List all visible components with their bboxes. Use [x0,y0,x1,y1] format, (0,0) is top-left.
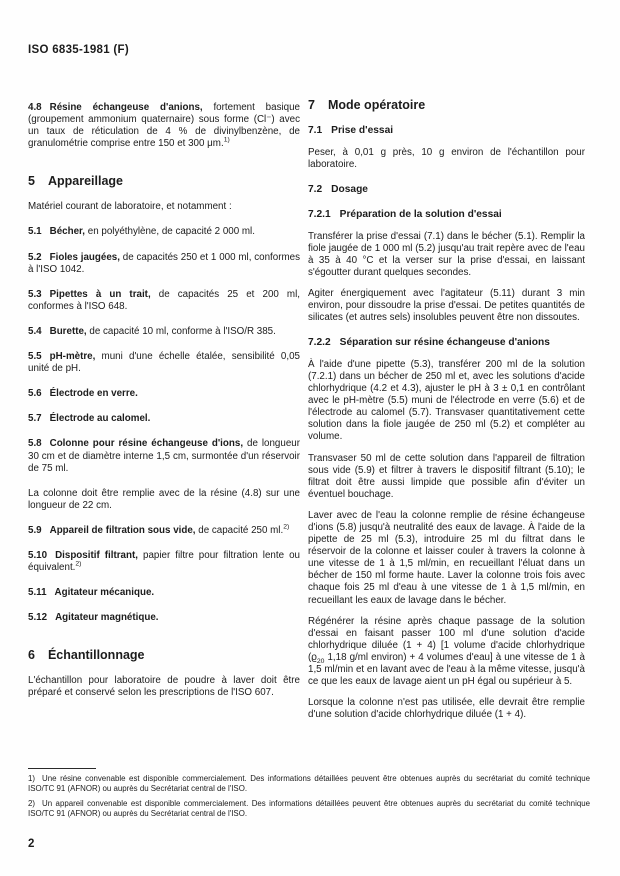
apparatus-item-5-8: 5.8Colonne pour résine échangeuse d'ions… [28,438,300,474]
appareillage-intro: Matériel courant de laboratoire, et nota… [28,201,300,213]
left-column: 4.8Résine échangeuse d'anions, fortement… [28,96,300,711]
paragraph-7-2-2-d: Régénérer la résine après chaque passage… [308,616,585,689]
item-number: 5.4 [28,326,42,337]
item-title: Électrode au calomel. [50,413,151,424]
item-title: Électrode en verre. [50,388,138,399]
right-column: 7Mode opératoire 7.1Prise d'essai Peser,… [308,92,585,730]
apparatus-item-5-12: 5.12Agitateur magnétique. [28,612,300,624]
page-number: 2 [28,838,34,850]
apparatus-item-5-5: 5.5pH-mètre, muni d'une échelle étalée, … [28,351,300,375]
footnote-text: Un appareil convenable est disponible co… [28,799,590,818]
apparatus-item-5-1: 5.1Bécher, en polyéthylène, de capacité … [28,226,300,238]
item-number: 5.8 [28,438,42,449]
heading-title: Séparation sur résine échangeuse d'anion… [340,337,550,348]
heading-title: Préparation de la solution d'essai [340,209,502,220]
footnote-ref-1: 1) [224,137,230,144]
section-number: 4.8 [28,102,42,113]
heading-number: 6 [28,648,35,662]
heading-number: 7 [308,98,315,112]
apparatus-item-5-10: 5.10Dispositif filtrant, papier filtre p… [28,550,300,574]
item-text: de capacité 250 ml. [196,525,284,536]
column-note: La colonne doit être remplie avec de la … [28,488,300,512]
item-number: 5.3 [28,289,42,300]
heading-number: 7.1 [308,125,322,136]
heading-7-2: 7.2Dosage [308,184,585,197]
item-title: Pipettes à un trait, [50,289,151,300]
heading-number: 5 [28,174,35,188]
footnote-2: 2)Un appareil convenable est disponible … [28,799,590,820]
heading-number: 7.2.1 [308,209,331,220]
item-title: Burette, [50,326,87,337]
paragraph-7-2-2-b: Transvaser 50 ml de cette solution dans … [308,453,585,501]
heading-7-1: 7.1Prise d'essai [308,125,585,138]
footnote-ref-2: 2) [283,524,289,531]
paragraph-text: 1,18 g/ml environ) + 4 volumes d'eau] à … [308,652,585,687]
item-text: de capacité 10 ml, conforme à l'ISO/R 38… [87,326,276,337]
document-page: ISO 6835-1981 (F) 4.8Résine échangeuse d… [0,0,620,876]
footnote-marker: 1) [28,774,35,783]
apparatus-item-5-2: 5.2Fioles jaugées, de capacités 250 et 1… [28,252,300,276]
paragraph-7-2-2-c: Laver avec de l'eau la colonne remplie d… [308,510,585,607]
paragraph-7-1: Peser, à 0,01 g près, 10 g environ de l'… [308,147,585,171]
item-number: 5.2 [28,252,42,263]
heading-7-2-2: 7.2.2Séparation sur résine échangeuse d'… [308,337,585,350]
item-number: 5.11 [28,587,47,598]
heading-mode-operatoire: 7Mode opératoire [308,98,585,112]
footnote-ref-2: 2) [75,561,81,568]
footnote-text: Une résine convenable est disponible com… [28,774,590,793]
heading-title: Appareillage [48,174,123,188]
paragraph-7-2-2-e: Lorsque la colonne n'est pas utilisée, e… [308,697,585,721]
heading-echantillonnage: 6Échantillonnage [28,648,300,662]
apparatus-item-5-4: 5.4Burette, de capacité 10 ml, conforme … [28,326,300,338]
footnote-divider [28,768,96,769]
apparatus-item-5-6: 5.6Électrode en verre. [28,388,300,400]
item-title: Fioles jaugées, [50,252,120,263]
apparatus-item-5-7: 5.7Électrode au calomel. [28,413,300,425]
paragraph-7-2-1-a: Transférer la prise d'essai (7.1) dans l… [308,231,585,279]
item-number: 5.9 [28,525,42,536]
heading-title: Mode opératoire [328,98,425,112]
echantillonnage-text: L'échantillon pour laboratoire de poudre… [28,675,300,699]
heading-number: 7.2 [308,184,322,195]
item-number: 5.10 [28,550,47,561]
heading-title: Dosage [331,184,368,195]
heading-title: Échantillonnage [48,648,145,662]
item-title: Bécher, [50,226,85,237]
item-number: 5.7 [28,413,42,424]
footnotes: 1)Une résine convenable est disponible c… [28,774,590,824]
doc-reference: ISO 6835-1981 (F) [28,44,129,56]
apparatus-item-5-3: 5.3Pipettes à un trait, de capacités 25 … [28,289,300,313]
item-title: pH-mètre, [50,351,96,362]
item-number: 5.1 [28,226,42,237]
apparatus-item-5-9: 5.9Appareil de filtration sous vide, de … [28,525,300,537]
heading-title: Prise d'essai [331,125,393,136]
item-text: en polyéthylène, de capacité 2 000 ml. [85,226,255,237]
item-title: Colonne pour résine échangeuse d'ions, [50,438,243,449]
item-number: 5.6 [28,388,42,399]
heading-appareillage: 5Appareillage [28,174,300,188]
paragraph-7-2-2-a: À l'aide d'une pipette (5.3), transférer… [308,359,585,444]
item-title: Agitateur magnétique. [55,612,158,623]
heading-7-2-1: 7.2.1Préparation de la solution d'essai [308,209,585,222]
section-4-8: 4.8Résine échangeuse d'anions, fortement… [28,102,300,150]
footnote-marker: 2) [28,799,35,808]
item-title: Appareil de filtration sous vide, [50,525,196,536]
footnote-1: 1)Une résine convenable est disponible c… [28,774,590,795]
item-title: Dispositif filtrant, [55,550,138,561]
item-number: 5.12 [28,612,47,623]
item-number: 5.5 [28,351,42,362]
apparatus-item-5-11: 5.11Agitateur mécanique. [28,587,300,599]
item-title: Agitateur mécanique. [55,587,155,598]
section-title: Résine échangeuse d'anions, [50,102,203,113]
paragraph-7-2-1-b: Agiter énergiquement avec l'agitateur (5… [308,288,585,324]
heading-number: 7.2.2 [308,337,331,348]
